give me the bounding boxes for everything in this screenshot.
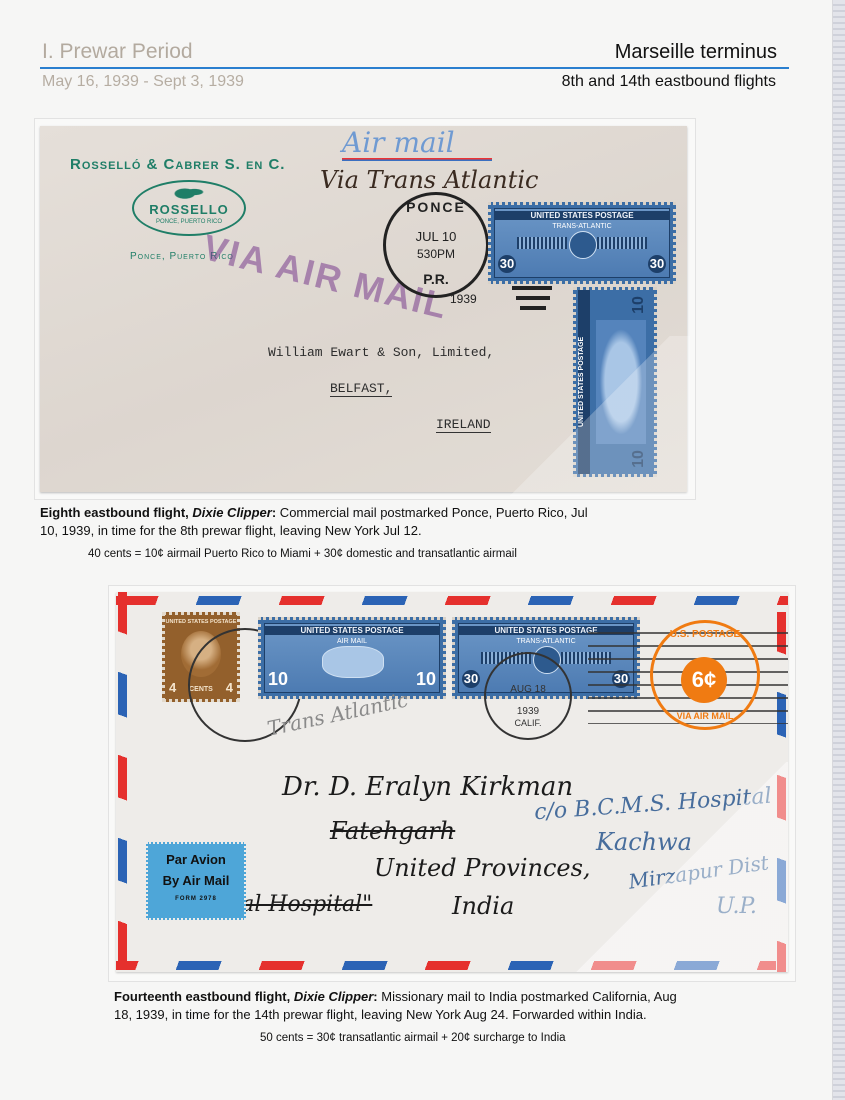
cover1-envelope: Rosselló & Cabrer S. en C. ROSSELLO PONC… bbox=[40, 126, 687, 492]
stamp-subtitle: AIR MAIL bbox=[265, 638, 439, 645]
address-line-2: BELFAST, bbox=[330, 381, 392, 397]
aug18-postmark: AUG 18 1939 CALIF. bbox=[484, 652, 572, 740]
address-country: India bbox=[452, 892, 514, 920]
caption2-rate: 50 cents = 30¢ transatlantic airmail + 2… bbox=[260, 1032, 566, 1044]
logo-name: ROSSELLO bbox=[134, 202, 244, 217]
stamp-face: UNITED STATES POSTAGE AIR MAIL 10 10 bbox=[264, 623, 440, 693]
killer-bar bbox=[516, 296, 550, 300]
stamp-value: 10 bbox=[268, 670, 288, 688]
postmark-town: PONCE bbox=[386, 199, 486, 215]
airmail-underline bbox=[342, 158, 492, 161]
sleeve-fold bbox=[490, 336, 690, 496]
killer-bar bbox=[512, 286, 552, 290]
binder-edge bbox=[832, 0, 845, 1100]
caption1-text-1: Commercial mail postmarked Ponce, Puerto… bbox=[276, 505, 587, 520]
postmark-date: AUG 18 bbox=[486, 684, 570, 695]
struck-city: Fatehgarh bbox=[330, 817, 455, 845]
label-line-1: Par Avion bbox=[148, 852, 244, 867]
wing-icon bbox=[597, 237, 647, 249]
wing-icon bbox=[517, 237, 567, 249]
caption2: Fourteenth eastbound flight, Dixie Clipp… bbox=[114, 988, 814, 1024]
cover2-envelope: UNITED STATES POSTAGE 4 CENTS 4 UNITED S… bbox=[116, 592, 788, 972]
page-title: Marseille terminus bbox=[615, 41, 777, 64]
manuscript-via: Via Trans Atlantic bbox=[320, 166, 538, 194]
stamp-title: UNITED STATES POSTAGE bbox=[165, 619, 237, 625]
caption2-lead: Fourteenth eastbound flight, bbox=[114, 989, 294, 1004]
caption2-ship: Dixie Clipper bbox=[294, 989, 373, 1004]
globe-icon bbox=[569, 231, 597, 259]
stamp-subtitle: TRANS-ATLANTIC bbox=[495, 223, 669, 230]
stamp-value: 30 bbox=[498, 255, 516, 273]
indicia-bottom: VIA AIR MAIL bbox=[653, 711, 757, 721]
manuscript-airmail: Air mail bbox=[342, 126, 455, 159]
stamp-face: UNITED STATES POSTAGE TRANS-ATLANTIC 30 … bbox=[494, 208, 670, 278]
stamp-value: 10 bbox=[416, 670, 436, 688]
postmark-state: CALIF. bbox=[486, 718, 570, 728]
caption1-lead: Eighth eastbound flight, bbox=[40, 505, 192, 520]
caption2-text-1: Missionary mail to India postmarked Cali… bbox=[378, 989, 677, 1004]
postmark-state: P.R. bbox=[386, 271, 486, 287]
airmail-border-left bbox=[118, 592, 127, 972]
stamp-30c-transatlantic: UNITED STATES POSTAGE TRANS-ATLANTIC 30 … bbox=[488, 202, 676, 284]
address-line-3: IRELAND bbox=[436, 417, 491, 433]
stamp-title: UNITED STATES POSTAGE bbox=[495, 211, 669, 220]
postmark-year: 1939 bbox=[486, 706, 570, 717]
exhibit-page: I. Prewar Period Marseille terminus May … bbox=[0, 0, 833, 1100]
letterhead-firm: Rosselló & Cabrer S. en C. bbox=[70, 156, 285, 173]
stamp-value: 10 bbox=[630, 296, 648, 314]
caption1: Eighth eastbound flight, Dixie Clipper: … bbox=[40, 504, 720, 540]
stamp-value: 30 bbox=[462, 670, 480, 688]
date-range: May 16, 1939 - Sept 3, 1939 bbox=[42, 73, 244, 91]
par-avion-label: Par Avion By Air Mail FORM 2978 bbox=[146, 842, 246, 920]
airmail-border-top bbox=[116, 596, 788, 605]
indicia-top: U.S. POSTAGE bbox=[653, 629, 757, 640]
postmark-year: 1939 bbox=[450, 292, 477, 306]
logo-sub: PONCE, PUERTO RICO bbox=[134, 219, 244, 225]
palm-tree-icon bbox=[172, 184, 204, 200]
ponce-postmark: PONCE JUL 10 530PM P.R. bbox=[383, 192, 489, 298]
label-form: FORM 2978 bbox=[148, 896, 244, 902]
killer-bar bbox=[520, 306, 546, 310]
map-icon bbox=[322, 646, 384, 678]
postmark-time: 530PM bbox=[386, 247, 486, 261]
indicia-value: 6¢ bbox=[681, 657, 727, 703]
addressee-name: Dr. D. Eralyn Kirkman bbox=[282, 772, 573, 802]
caption1-text-2: 10, 1939, in time for the 8th prewar fli… bbox=[40, 523, 422, 538]
caption1-rate: 40 cents = 10¢ airmail Puerto Rico to Mi… bbox=[88, 548, 517, 560]
postmark-date: JUL 10 bbox=[386, 229, 486, 244]
stamp-10c-map: UNITED STATES POSTAGE AIR MAIL 10 10 bbox=[258, 617, 446, 699]
rossello-logo: ROSSELLO PONCE, PUERTO RICO bbox=[132, 180, 246, 236]
6c-airmail-indicia: U.S. POSTAGE 6¢ VIA AIR MAIL bbox=[650, 620, 760, 730]
sleeve-fold bbox=[556, 762, 788, 972]
header-rule bbox=[40, 67, 789, 69]
address-line-1: William Ewart & Son, Limited, bbox=[268, 345, 494, 360]
section-title: I. Prewar Period bbox=[42, 40, 193, 64]
label-line-2: By Air Mail bbox=[148, 873, 244, 888]
stamp-value: 30 bbox=[648, 255, 666, 273]
stamp-title: UNITED STATES POSTAGE bbox=[265, 626, 439, 635]
page-subtitle: 8th and 14th eastbound flights bbox=[562, 73, 776, 91]
caption2-text-2: 18, 1939, in time for the 14th prewar fl… bbox=[114, 1007, 647, 1022]
caption1-ship: Dixie Clipper bbox=[192, 505, 271, 520]
